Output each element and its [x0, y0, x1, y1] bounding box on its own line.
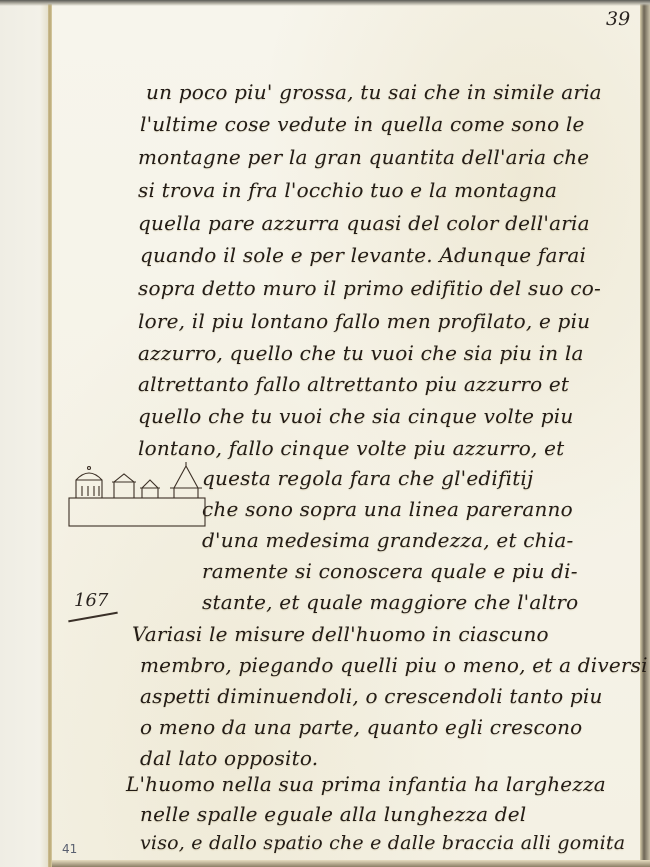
text-line: un poco piu' grossa, tu sai che in simil…: [146, 80, 602, 104]
text-line: ramente si conoscera quale e piu di-: [202, 559, 578, 583]
text-line: dal lato opposito.: [140, 746, 318, 770]
margin-note-number: 167: [74, 590, 108, 611]
text-line: montagne per la gran quantita dell'aria …: [138, 145, 589, 169]
facing-page-edge: [0, 0, 50, 867]
page-bottom-edge: [52, 860, 650, 867]
text-line: nelle spalle eguale alla lunghezza del: [140, 802, 526, 826]
text-line: lore, il piu lontano fallo men profilato…: [138, 309, 590, 333]
text-line: quella pare azzurra quasi del color dell…: [138, 211, 590, 235]
text-line: l'ultime cose vedute in quella come sono…: [140, 112, 585, 136]
text-line: quando il sole e per levante. Adunque fa…: [140, 243, 586, 267]
text-line: azzurro, quello che tu vuoi che sia piu …: [138, 341, 584, 365]
text-line: lontano, fallo cinque volte piu azzurro,…: [138, 436, 564, 460]
text-line: questa regola fara che gl'edifitij: [202, 466, 533, 490]
text-line: che sono sopra una linea pareranno: [202, 497, 573, 521]
top-binding-shadow: [0, 0, 650, 6]
text-line: stante, et quale maggiore che l'altro: [202, 590, 578, 614]
folio-number: 39: [606, 8, 630, 30]
text-line: membro, piegando quelli piu o meno, et a…: [140, 653, 648, 677]
text-line: d'una medesima grandezza, et chia-: [202, 528, 573, 552]
text-line: L'huomo nella sua prima infantia ha larg…: [126, 772, 606, 796]
text-line: viso, e dallo spatio che e dalle braccia…: [140, 832, 625, 854]
text-line: quello che tu vuoi che sia cinque volte …: [138, 404, 573, 428]
text-line: o meno da una parte, quanto egli crescon…: [140, 715, 582, 739]
text-line: aspetti diminuendoli, o crescendoli tant…: [140, 684, 603, 708]
bottom-page-number: 41: [62, 842, 77, 856]
text-line: sopra detto muro il primo edifitio del s…: [138, 276, 601, 300]
text-line: altrettanto fallo altrettanto piu azzurr…: [138, 372, 569, 396]
text-line: Variasi le misure dell'huomo in ciascuno: [132, 622, 549, 646]
buildings-sketch-icon: [66, 458, 208, 530]
text-line: si trova in fra l'occhio tuo e la montag…: [138, 178, 557, 202]
page-right-edge: [640, 0, 650, 867]
